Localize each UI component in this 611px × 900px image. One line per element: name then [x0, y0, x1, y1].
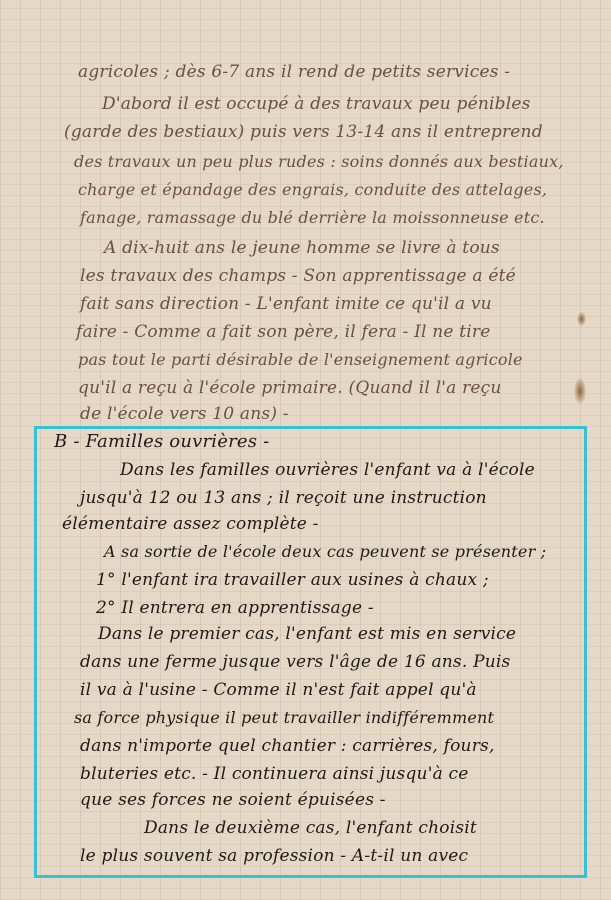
- text-line: Dans le deuxième cas, l'enfant choisit: [144, 818, 477, 838]
- text-line: fait sans direction - L'enfant imite ce …: [80, 294, 492, 314]
- text-line: élémentaire assez complète -: [62, 514, 319, 534]
- text-line: bluteries etc. - Il continuera ainsi jus…: [80, 764, 469, 784]
- notebook-page: agricoles ; dès 6-7 ans il rend de petit…: [0, 0, 611, 900]
- text-line: fanage, ramassage du blé derrière la moi…: [80, 208, 545, 228]
- text-line: Dans les familles ouvrières l'enfant va …: [120, 460, 535, 480]
- text-line: A dix-huit ans le jeune homme se livre à…: [104, 238, 500, 258]
- text-line: qu'il a reçu à l'école primaire. (Quand …: [78, 378, 502, 398]
- text-line: que ses forces ne soient épuisées -: [80, 790, 386, 810]
- text-line: charge et épandage des engrais, conduite…: [78, 180, 547, 200]
- text-line: des travaux un peu plus rudes : soins do…: [74, 152, 564, 172]
- text-line: les travaux des champs - Son apprentissa…: [80, 266, 516, 286]
- text-line: faire - Comme a fait son père, il fera -…: [76, 322, 491, 342]
- text-line: il va à l'usine - Comme il n'est fait ap…: [80, 680, 477, 700]
- text-line: de l'école vers 10 ans) -: [80, 404, 289, 424]
- text-line: (garde des bestiaux) puis vers 13-14 ans…: [64, 122, 543, 142]
- text-line: D'abord il est occupé à des travaux peu …: [102, 94, 531, 114]
- ink-stain: [577, 312, 586, 326]
- text-line: le plus souvent sa profession - A-t-il u…: [80, 846, 468, 866]
- text-line: pas tout le parti désirable de l'enseign…: [78, 350, 523, 370]
- section-heading: B - Familles ouvrières -: [54, 432, 269, 452]
- text-line: Dans le premier cas, l'enfant est mis en…: [98, 624, 516, 644]
- text-line: dans n'importe quel chantier : carrières…: [80, 736, 495, 756]
- text-line: dans une ferme jusque vers l'âge de 16 a…: [80, 652, 510, 672]
- text-line: jusqu'à 12 ou 13 ans ; il reçoit une ins…: [80, 488, 487, 508]
- text-line: 2° Il entrera en apprentissage -: [96, 598, 374, 618]
- text-line: 1° l'enfant ira travailler aux usines à …: [96, 570, 489, 590]
- text-line: sa force physique il peut travailler ind…: [74, 708, 494, 728]
- text-line: agricoles ; dès 6-7 ans il rend de petit…: [78, 62, 510, 82]
- ink-stain: [574, 378, 586, 404]
- text-line: A sa sortie de l'école deux cas peuvent …: [104, 542, 546, 562]
